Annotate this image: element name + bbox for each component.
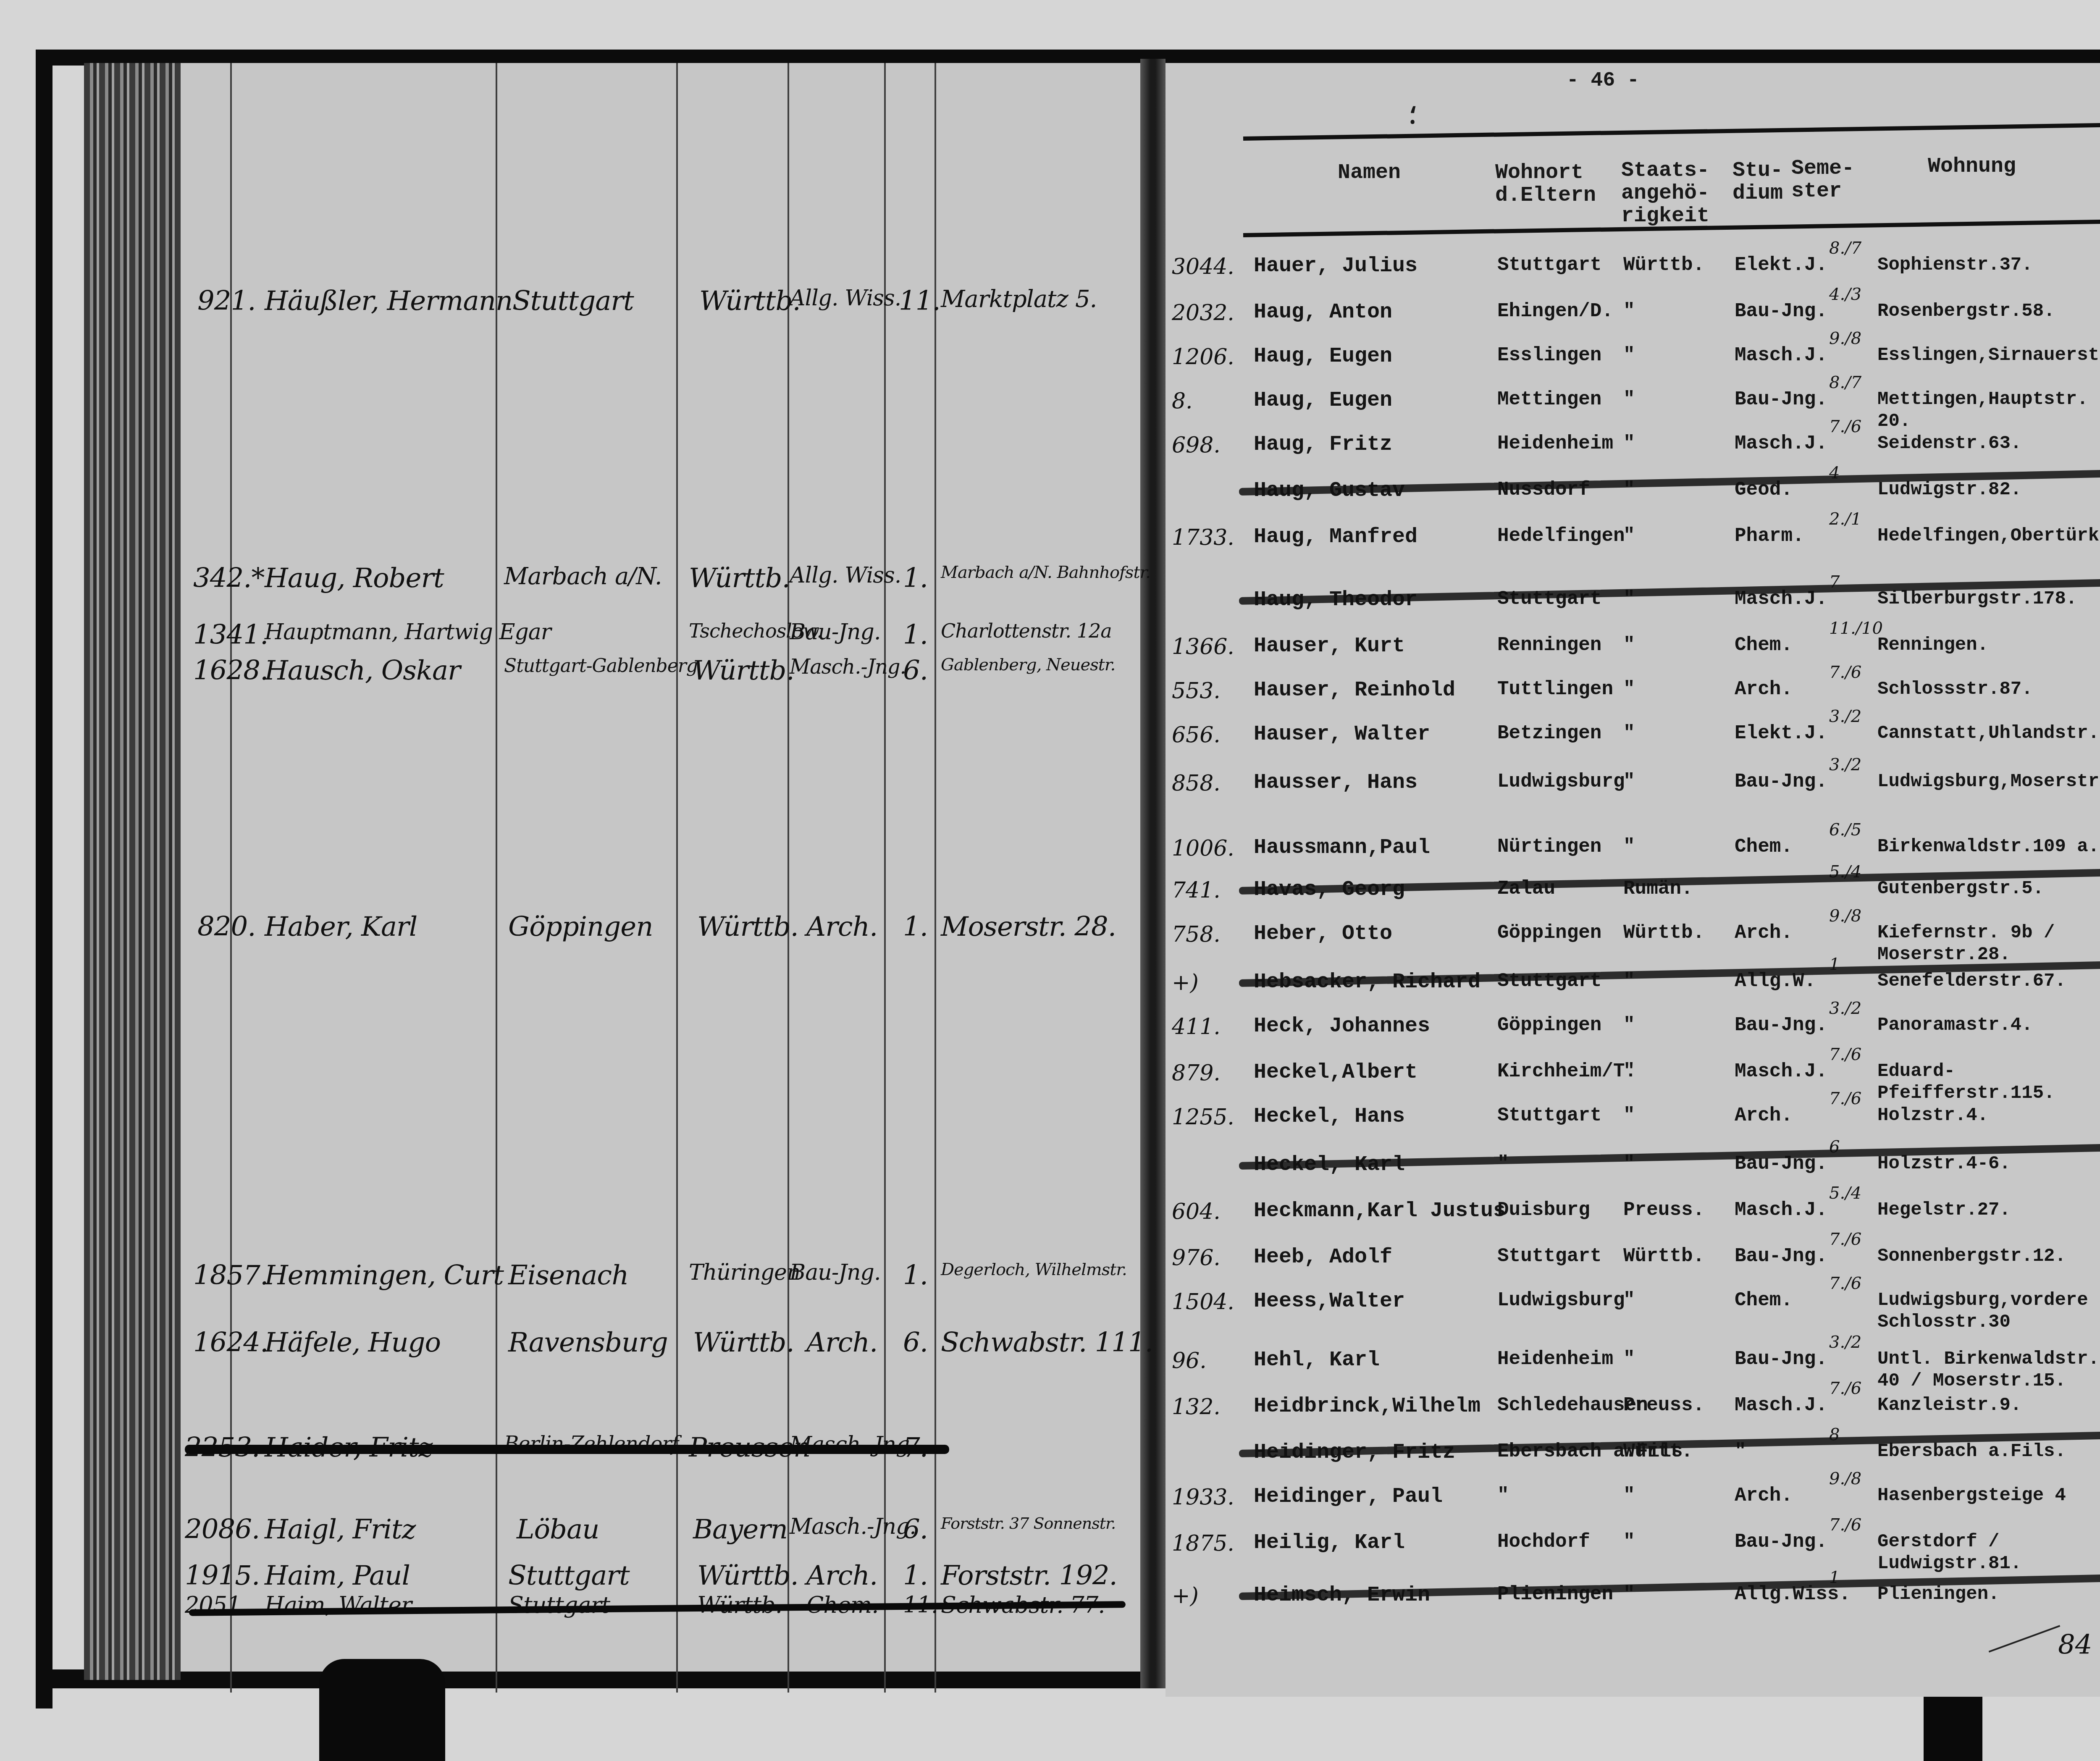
- entry-semester: 7./6: [1829, 661, 1861, 683]
- entry-number: 879.: [1172, 1060, 1221, 1086]
- entry-studium: Masch.J.: [1735, 433, 1827, 454]
- entry-number: 1933.: [1172, 1485, 1234, 1510]
- entry-wohnung: Kiefernstr. 9b / Moserstr.28.: [1877, 922, 2100, 966]
- entry-number: 342.*: [193, 563, 265, 594]
- entry-wohnort: Stuttgart-Gablenberg: [504, 655, 698, 677]
- entry-studium: Elekt.J.: [1735, 722, 1827, 744]
- entry-wohnort: Tuttlingen: [1497, 678, 1613, 700]
- entry-name: Hehl, Karl: [1254, 1348, 1380, 1372]
- entry-name: Haug, Manfred: [1254, 525, 1417, 549]
- entry-name: Heckel, Hans: [1254, 1105, 1405, 1129]
- entry-semester: 3./2: [1829, 1331, 1861, 1353]
- entry-wohnort: Stuttgart: [1497, 1105, 1601, 1126]
- entry-staat: ": [1623, 678, 1635, 700]
- entry-wohnung: Forststr. 192.: [941, 1560, 1117, 1591]
- entry-number: 1504.: [1172, 1289, 1234, 1315]
- entry-staat: Württb.: [697, 1560, 798, 1591]
- entry-number: 3044.: [1172, 254, 1234, 279]
- entry-wohnung: Ebersbach a.Fils.: [1877, 1441, 2066, 1462]
- entry-wohnung: Panoramastr.4.: [1877, 1014, 2033, 1036]
- entry-wohnort: Esslingen: [1497, 344, 1601, 366]
- entry-wohnung: Marbach a/N. Bahnhofstr.: [941, 563, 1150, 582]
- entry-wohnort: Ravensburg: [508, 1327, 668, 1358]
- entry-semester: 7./6: [1829, 1228, 1861, 1250]
- left-page-edges: [84, 63, 181, 1680]
- entry-staat: ": [1623, 634, 1635, 656]
- col-header-wohnung: Wohnung: [1928, 155, 2016, 178]
- entry-staat: ": [1623, 433, 1635, 454]
- entry-semester: 7./6: [1829, 1514, 1861, 1536]
- entry-semester: 6./5: [1829, 819, 1861, 841]
- entry-wohnung: Hegelstr.27.: [1877, 1199, 2011, 1221]
- entry-number: 1341.: [193, 619, 268, 651]
- entry-number: 96.: [1172, 1348, 1207, 1373]
- entry-wohnort: Heidenheim: [1497, 1348, 1613, 1370]
- entry-number: 132.: [1172, 1394, 1221, 1420]
- entry-wohnung: Rosenbergstr.58.: [1877, 300, 2055, 322]
- col-header-semester: Seme- ster: [1791, 157, 1846, 203]
- entry-number: +): [1172, 970, 1199, 995]
- entry-studium: Bau-Jng.: [790, 1260, 880, 1285]
- entry-semester: 7./6: [1829, 1044, 1861, 1066]
- entry-staat: Württb.: [689, 563, 790, 594]
- entry-studium: Bau-Jng.: [1735, 771, 1827, 793]
- entry-wohnung: Cannstatt,Uhlandstr.6.: [1877, 722, 2100, 744]
- entry-number: 1628.: [193, 655, 268, 686]
- entry-studium: Bau-Jng.: [1735, 1245, 1827, 1267]
- entry-staat: ": [1623, 300, 1635, 322]
- entry-wohnung: Holzstr.4-6.: [1877, 1153, 2011, 1175]
- entry-name: Haber, Karl: [265, 911, 417, 942]
- entry-studium: Masch.-Jng.: [790, 655, 906, 679]
- entry-semester: 1.: [903, 1260, 928, 1291]
- entry-studium: Masch.-Jng.: [790, 1514, 916, 1539]
- entry-wohnung: Senefelderstr.67.: [1877, 970, 2066, 992]
- entry-name: Heilig, Karl: [1254, 1531, 1405, 1555]
- entry-wohnung: Seidenstr.63.: [1877, 433, 2021, 454]
- entry-studium: Arch.: [806, 911, 877, 942]
- entry-studium: Arch.: [1735, 678, 1793, 700]
- entry-name: Heckel,Albert: [1254, 1060, 1417, 1084]
- entry-studium: Arch.: [1735, 1105, 1793, 1126]
- entry-name: Heckmann,Karl Justus: [1254, 1199, 1506, 1223]
- entry-wohnung: Hasenbergsteige 4: [1877, 1485, 2066, 1506]
- entry-studium: Bau-Jng.: [1735, 388, 1827, 410]
- entry-staat: Thüringen: [689, 1260, 800, 1285]
- entry-staat: ": [1623, 1289, 1635, 1311]
- entry-number: 1875.: [1172, 1531, 1234, 1556]
- entry-studium: Masch.J.: [1735, 1199, 1827, 1221]
- entry-name: Häußler, Hermann: [265, 286, 512, 317]
- entry-staat: Württb.: [699, 286, 801, 317]
- entry-wohnung: Ludwigsburg,vordere Schlosstr.30: [1877, 1289, 2100, 1333]
- entry-name: Heck, Johannes: [1254, 1014, 1430, 1038]
- entry-name: Haug, Fritz: [1254, 433, 1392, 457]
- entry-wohnort: Göppingen: [508, 911, 653, 942]
- entry-studium: Pharm.: [1735, 525, 1804, 547]
- entry-semester: 6.: [903, 1514, 928, 1545]
- entry-number: 1624.: [193, 1327, 268, 1358]
- entry-name: Hauer, Julius: [1254, 254, 1417, 278]
- entry-studium: Chem.: [1735, 634, 1793, 656]
- entry-number: 976.: [1172, 1245, 1221, 1270]
- entry-studium: Arch.: [1735, 922, 1793, 944]
- entry-studium: Allg. Wiss.: [790, 286, 901, 311]
- entry-name: Heidbrinck,Wilhelm: [1254, 1394, 1480, 1418]
- entry-semester: 2./1: [1829, 508, 1861, 530]
- entry-wohnung: Sonnenbergstr.12.: [1877, 1245, 2066, 1267]
- entry-studium: Chem.: [1735, 1289, 1793, 1311]
- entry-semester: 3./2: [1829, 706, 1861, 727]
- entry-number: 656.: [1172, 722, 1221, 748]
- entry-semester: 1.: [903, 911, 928, 942]
- entry-wohnort: Ehingen/D.: [1497, 300, 1613, 322]
- entry-number: 698.: [1172, 433, 1221, 458]
- entry-studium: Masch.J.: [1735, 344, 1827, 366]
- entry-studium: Bau-Jng.: [1735, 300, 1827, 322]
- entry-name: Haussmann,Paul: [1254, 836, 1430, 860]
- entry-wohnung: Forststr. 37 Sonnenstr.: [941, 1514, 1116, 1533]
- entry-staat: Württb.: [1623, 1245, 1704, 1267]
- entry-staat: Preuss.: [1623, 1199, 1704, 1221]
- entry-wohnort: Göppingen: [1497, 1014, 1601, 1036]
- entry-name: Haug, Eugen: [1254, 344, 1392, 368]
- entry-wohnung: Holzstr.4.: [1877, 1105, 1988, 1126]
- entry-number: 858.: [1172, 771, 1221, 796]
- entry-staat: ": [1623, 388, 1635, 410]
- entry-number: 1857.: [193, 1260, 268, 1291]
- entry-staat: Württb.: [1623, 922, 1704, 944]
- entry-wohnung: Esslingen,Sirnauerstr.31.: [1877, 344, 2100, 366]
- entry-semester: 8./7: [1829, 372, 1861, 394]
- entry-staat: ": [1623, 1105, 1635, 1126]
- entry-staat: ": [1623, 1348, 1635, 1370]
- entry-wohnort: Stuttgart: [508, 1592, 610, 1618]
- entry-number: 553.: [1172, 678, 1221, 703]
- entry-name: Häfele, Hugo: [265, 1327, 441, 1358]
- entry-number: 1366.: [1172, 634, 1234, 659]
- entry-number: 604.: [1172, 1199, 1221, 1224]
- entry-wohnung: Degerloch, Wilhelmstr.: [941, 1260, 1127, 1279]
- entry-wohnung: Gablenberg, Neuestr.: [941, 655, 1115, 674]
- entry-staat: ": [1623, 1060, 1635, 1082]
- entry-wohnort: Göppingen: [1497, 922, 1601, 944]
- entry-wohnung: Silberburgstr.178.: [1877, 588, 2077, 610]
- entry-wohnort: Marbach a/N.: [504, 563, 661, 590]
- entry-semester: 7./6: [1829, 416, 1861, 438]
- entry-studium: Bau-Jng.: [1735, 1014, 1827, 1036]
- entry-name: Hausch, Oskar: [265, 655, 460, 686]
- entry-wohnung: Moserstr. 28.: [941, 911, 1116, 942]
- entry-semester: 11./10: [1829, 617, 1883, 639]
- entry-number: 1915.: [185, 1560, 260, 1591]
- stamp-mark: ⸵: [1409, 97, 1416, 131]
- entry-semester: 7./6: [1829, 1273, 1861, 1294]
- entry-wohnung: Gutenbergstr.5.: [1877, 878, 2044, 900]
- entry-studium: Arch.: [1735, 1485, 1793, 1506]
- entry-wohnung: Gerstdorf / Ludwigstr.81.: [1877, 1531, 2100, 1575]
- book-frame-left: [36, 50, 52, 1709]
- entry-studium: Bau-Jng.: [790, 619, 880, 645]
- entry-wohnung: Eduard-Pfeifferstr.115.: [1877, 1060, 2100, 1104]
- entry-number: 1255.: [1172, 1105, 1234, 1130]
- entry-semester: 1.: [903, 1560, 928, 1591]
- entry-semester: 5./4: [1829, 1182, 1861, 1204]
- entry-wohnort: Hochdorf: [1497, 1531, 1590, 1553]
- gutter: [1140, 59, 1165, 1688]
- entry-semester: 3./2: [1829, 754, 1861, 776]
- entry-staat: ": [1623, 1485, 1635, 1506]
- entry-studium: Allg. Wiss.: [790, 563, 901, 588]
- entry-wohnung: Sophienstr.37.: [1877, 254, 2033, 276]
- entry-wohnort: Eisenach: [508, 1260, 628, 1291]
- page-number: - 46 -: [1567, 69, 1639, 92]
- entry-wohnung: Charlottenstr. 12a: [941, 619, 1112, 642]
- entry-wohnort: Mettingen: [1497, 388, 1601, 410]
- entry-semester: 6.: [903, 1327, 928, 1358]
- entry-number: 820.: [197, 911, 256, 942]
- entry-number: 411.: [1172, 1014, 1221, 1039]
- entry-staat: Württb.: [693, 655, 794, 686]
- entry-wohnort: Heidenheim: [1497, 433, 1613, 454]
- entry-name: Haug, Robert: [265, 563, 444, 594]
- col-header-studium: Stu- dium: [1732, 160, 1779, 205]
- entry-wohnort: Stuttgart: [508, 1560, 630, 1591]
- entry-studium: Elekt.J.: [1735, 254, 1827, 276]
- entry-name: Heidinger, Paul: [1254, 1485, 1443, 1509]
- entry-wohnort: Duisburg: [1497, 1199, 1590, 1221]
- entry-staat: Preuss.: [1623, 1394, 1704, 1416]
- entry-name: Haug, Anton: [1254, 300, 1392, 324]
- entry-wohnort: Betzingen: [1497, 722, 1601, 744]
- entry-name: Haug, Eugen: [1254, 388, 1392, 412]
- entry-wohnung: Ludwigsburg,Moserstr.3.: [1877, 771, 2100, 793]
- entry-name: Haim, Paul: [265, 1560, 410, 1591]
- entry-wohnung: Plieningen.: [1877, 1583, 1999, 1605]
- entry-name: Hausser, Hans: [1254, 771, 1417, 795]
- entry-number: 1006.: [1172, 836, 1234, 861]
- entry-number: 2032.: [1172, 300, 1234, 325]
- entry-wohnort: Ludwigsburg: [1497, 1289, 1625, 1311]
- entry-number: 1733.: [1172, 525, 1234, 550]
- entry-number: 921.: [197, 286, 256, 317]
- entry-studium: Bau-Jng.: [1735, 1348, 1827, 1370]
- entry-semester: 7./6: [1829, 1088, 1861, 1110]
- entry-name: Heess,Walter: [1254, 1289, 1405, 1313]
- entry-staat: ": [1623, 1014, 1635, 1036]
- entry-studium: Arch.: [806, 1327, 877, 1358]
- entry-studium: Chem.: [1735, 836, 1793, 858]
- entry-wohnort: Kirchheim/T.: [1497, 1060, 1636, 1082]
- entry-wohnung: Ludwigstr.82.: [1877, 479, 2021, 501]
- entry-studium: Bau-Jng.: [1735, 1531, 1827, 1553]
- entry-name: Heeb, Adolf: [1254, 1245, 1392, 1269]
- entry-wohnort: Renningen: [1497, 634, 1601, 656]
- entry-semester: 1.: [903, 619, 928, 651]
- entry-wohnung: Schlossstr.87.: [1877, 678, 2033, 700]
- entry-name: Heber, Otto: [1254, 922, 1392, 946]
- entry-wohnung: Marktplatz 5.: [941, 286, 1097, 313]
- footer-mark: 84: [2058, 1630, 2092, 1661]
- entry-wohnung: Kanzleistr.9.: [1877, 1394, 2021, 1416]
- entry-number: 758.: [1172, 922, 1221, 947]
- entry-staat: ": [1623, 722, 1635, 744]
- entry-wohnung: Schwabstr. 111.: [941, 1327, 1153, 1358]
- entry-name: Hemmingen, Curt: [265, 1260, 504, 1291]
- entry-wohnort: Stuttgart: [1497, 254, 1601, 276]
- entry-wohnort: Ludwigsburg: [1497, 771, 1625, 793]
- entry-wohnort: Stuttgart: [1497, 1245, 1601, 1267]
- entry-staat: Württb.: [697, 911, 798, 942]
- entry-wohnung: Hedelfingen,Obertürkheimerstr.9.: [1877, 525, 2100, 547]
- entry-staat: Württb.: [693, 1327, 794, 1358]
- entry-studium: Masch.J.: [1735, 1060, 1827, 1082]
- col-header-staat: Staats- angehö- rigkeit: [1621, 160, 1714, 228]
- entry-semester: 8./7: [1829, 237, 1861, 259]
- entry-semester: 9./8: [1829, 905, 1861, 927]
- entry-name: Hauser, Kurt: [1254, 634, 1405, 658]
- entry-semester: 7./6: [1829, 1378, 1861, 1399]
- entry-name: Haigl, Fritz: [265, 1514, 415, 1545]
- entry-number: 1206.: [1172, 344, 1234, 370]
- entry-semester: 9./8: [1829, 1468, 1861, 1490]
- entry-staat: ": [1623, 771, 1635, 793]
- entry-semester: 3./2: [1829, 997, 1861, 1019]
- entry-staat: Württb.: [1623, 254, 1704, 276]
- entry-semester: 6.: [903, 655, 928, 686]
- entry-wohnort: Stuttgart: [512, 286, 634, 317]
- entry-wohnung: Mettingen,Hauptstr. 20.: [1877, 388, 2100, 432]
- entry-wohnort: Nürtingen: [1497, 836, 1601, 858]
- entry-staat: ": [1623, 525, 1635, 547]
- col-header-namen: Namen: [1338, 162, 1401, 184]
- entry-name: Hauser, Reinhold: [1254, 678, 1455, 702]
- entry-number: 741.: [1172, 878, 1221, 903]
- entry-studium: Masch.J.: [1735, 1394, 1827, 1416]
- entry-name: Hauser, Walter: [1254, 722, 1430, 746]
- entry-number: 8.: [1172, 388, 1193, 414]
- entry-wohnort: Hedelfingen: [1497, 525, 1625, 547]
- entry-wohnung: Birkenwaldstr.109 a.: [1877, 836, 2099, 858]
- entry-staat: ": [1623, 1531, 1635, 1553]
- entry-wohnung: Untl. Birkenwaldstr. 40 / Moserstr.15.: [1877, 1348, 2100, 1392]
- strikethrough-line: [185, 1445, 949, 1454]
- entry-semester: 1.: [903, 563, 928, 594]
- entry-studium: Arch.: [806, 1560, 877, 1591]
- col-header-wohnort: Wohnort d.Eltern: [1495, 162, 1604, 207]
- entry-wohnort: Löbau: [517, 1514, 599, 1545]
- entry-wohnort: ": [1497, 1485, 1509, 1506]
- entry-number: +): [1172, 1583, 1199, 1609]
- entry-semester: 11.: [899, 286, 940, 317]
- entry-staat: ": [1623, 344, 1635, 366]
- entry-wohnung: Renningen.: [1877, 634, 1988, 656]
- entry-name: Hauptmann, Hartwig Egar: [265, 619, 551, 645]
- thumb-left: [319, 1659, 445, 1761]
- entry-number: 2086.: [185, 1514, 260, 1545]
- entry-staat: Bayern: [693, 1514, 787, 1545]
- entry-staat: ": [1623, 836, 1635, 858]
- entry-semester: 4./3: [1829, 283, 1861, 305]
- entry-semester: 9./8: [1829, 328, 1861, 349]
